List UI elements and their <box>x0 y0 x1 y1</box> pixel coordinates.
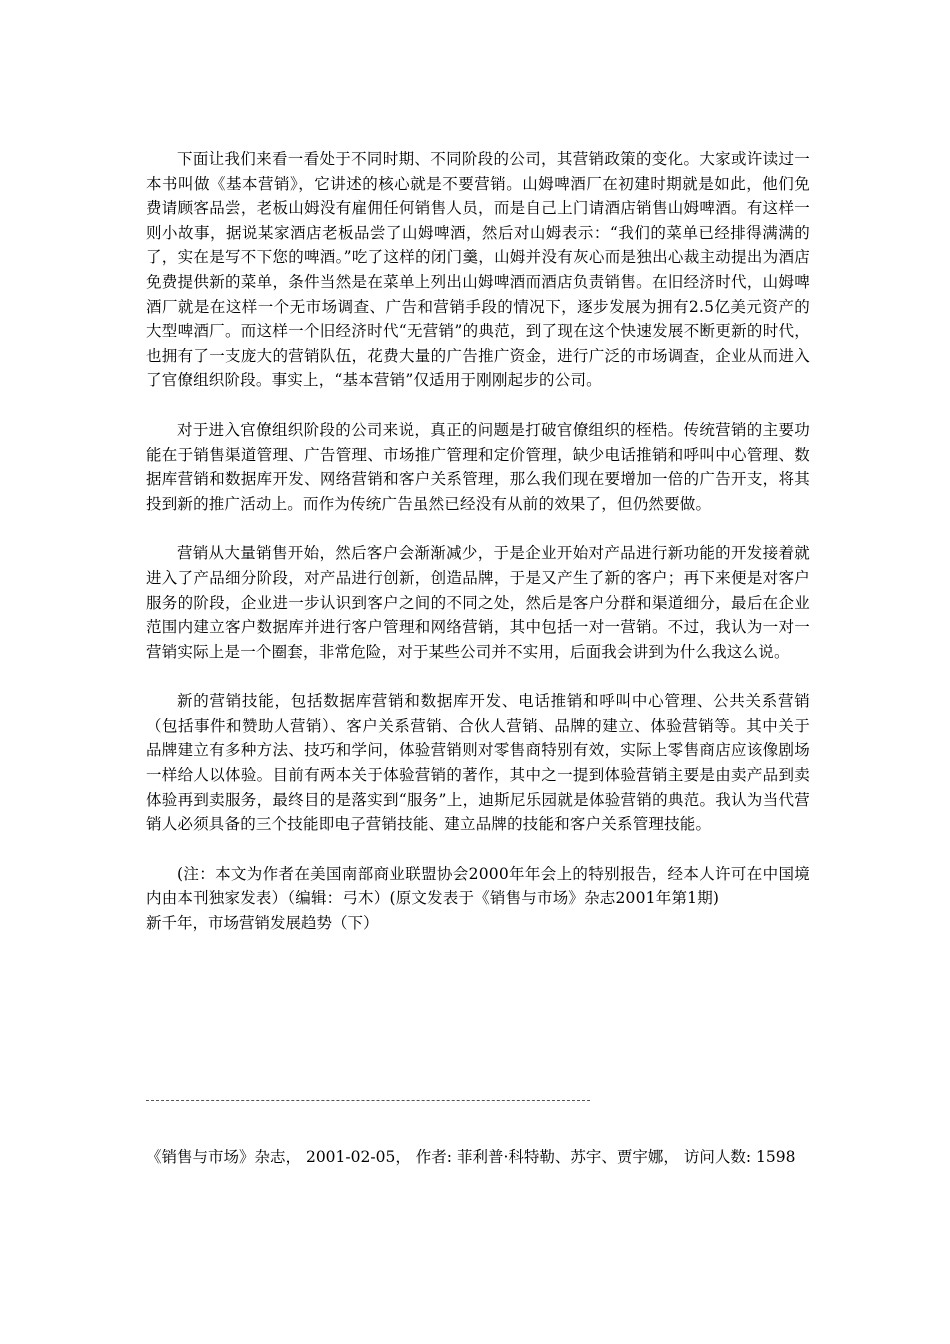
paragraph-3: 营销从大量销售开始，然后客户会渐渐减少，于是企业开始对产品进行新功能的开发接着就… <box>146 541 810 664</box>
article-meta: 《销售与市场》杂志， 2001-02-05， 作者: 菲利普·科特勒、苏宇、贾宇… <box>146 1145 810 1169</box>
paragraph-1: 下面让我们来看一看处于不同时期、不同阶段的公司，其营销政策的变化。大家或许读过一… <box>146 147 810 393</box>
next-article-title: 新千年，市场营销发展趋势（下） <box>146 911 810 936</box>
meta-visits-label: 访问人数: <box>684 1148 751 1166</box>
meta-source: 《销售与市场》杂志， <box>146 1148 301 1166</box>
document-body: 下面让我们来看一看处于不同时期、不同阶段的公司，其营销政策的变化。大家或许读过一… <box>146 147 810 936</box>
editor-note: (注：本文为作者在美国南部商业联盟协会2000年年会上的特别报告，经本人许可在中… <box>146 862 810 911</box>
paragraph-2: 对于进入官僚组织阶段的公司来说，真正的问题是打破官僚组织的桎梏。传统营销的主要功… <box>146 418 810 516</box>
meta-author-label: 作者: <box>416 1148 452 1166</box>
paragraph-4: 新的营销技能，包括数据库营销和数据库开发、电话推销和呼叫中心管理、公共关系营销（… <box>146 689 810 837</box>
dashed-divider <box>146 1100 590 1101</box>
meta-visits-count: 1598 <box>756 1148 795 1166</box>
meta-authors: 菲利普·科特勒、苏宇、贾宇娜， <box>457 1148 679 1166</box>
meta-date: 2001-02-05， <box>306 1148 411 1166</box>
